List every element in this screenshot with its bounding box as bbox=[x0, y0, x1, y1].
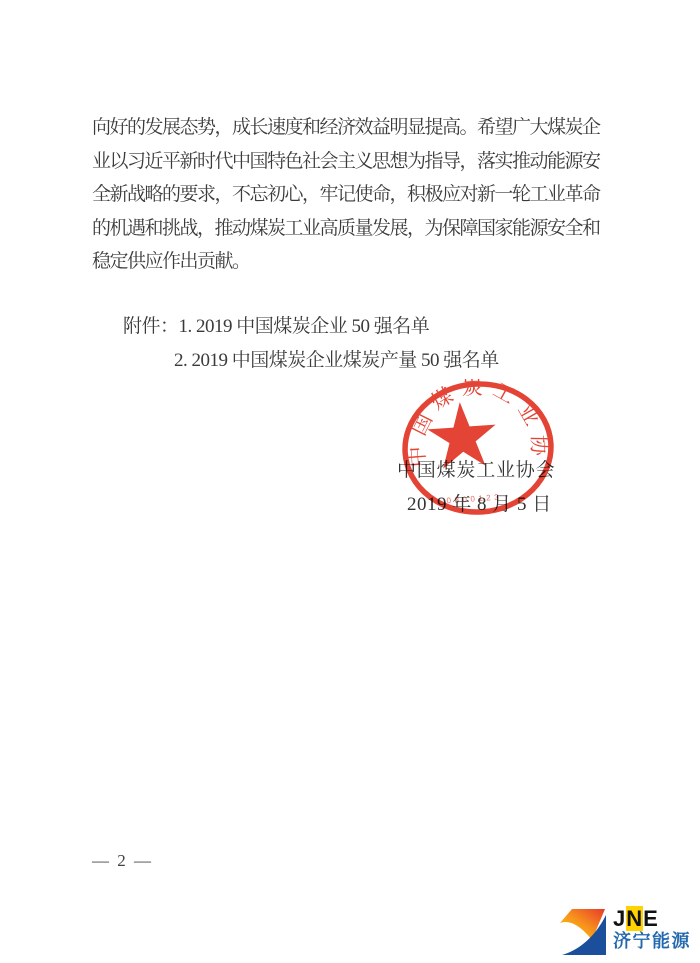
body-line: 稳定供应作出贡献。 bbox=[92, 245, 608, 279]
seal-serial-number: 0800123 bbox=[446, 492, 502, 505]
body-line: 的机遇和挑战，推动煤炭工业高质量发展，为保障国家能源安全和 bbox=[92, 212, 608, 246]
company-logo: JNE 济宁能源 bbox=[559, 908, 691, 956]
logo-letter-e: E bbox=[643, 906, 659, 931]
logo-abbreviation: JNE bbox=[613, 908, 691, 930]
official-seal: 中国煤炭工业协会 0800123 bbox=[399, 379, 557, 519]
document-page: 向好的发展态势，成长速度和经济效益明显提高。希望广大煤炭企 业以习近平新时代中国… bbox=[0, 0, 700, 963]
logo-company-name: 济宁能源 bbox=[613, 931, 691, 951]
logo-text: JNE 济宁能源 bbox=[613, 908, 691, 951]
seal-star-icon bbox=[426, 400, 499, 470]
attachment-item: 2. 2019 中国煤炭企业煤炭产量 50 强名单 bbox=[174, 344, 499, 378]
attachment-item-text: 1. 2019 中国煤炭企业 50 强名单 bbox=[179, 316, 430, 337]
logo-letter-n: N bbox=[626, 906, 643, 931]
attachment-item-text: 2. 2019 中国煤炭企业煤炭产量 50 强名单 bbox=[174, 350, 499, 371]
jne-logo-mark-icon bbox=[559, 908, 607, 956]
body-paragraph: 向好的发展态势，成长速度和经济效益明显提高。希望广大煤炭企 业以习近平新时代中国… bbox=[92, 111, 608, 279]
body-line: 业以习近平新时代中国特色社会主义思想为指导，落实推动能源安 bbox=[92, 145, 608, 179]
attachment-item: 附件：1. 2019 中国煤炭企业 50 强名单 bbox=[123, 310, 499, 344]
body-line: 全新战略的要求，不忘初心，牢记使命，积极应对新一轮工业革命 bbox=[92, 178, 608, 212]
logo-letter-j: J bbox=[613, 906, 626, 931]
body-line: 向好的发展态势，成长速度和经济效益明显提高。希望广大煤炭企 bbox=[92, 111, 608, 145]
page-number: — 2 — bbox=[92, 851, 153, 871]
attachments-label: 附件： bbox=[123, 316, 179, 337]
attachments-section: 附件：1. 2019 中国煤炭企业 50 强名单 2. 2019 中国煤炭企业煤… bbox=[123, 310, 499, 377]
